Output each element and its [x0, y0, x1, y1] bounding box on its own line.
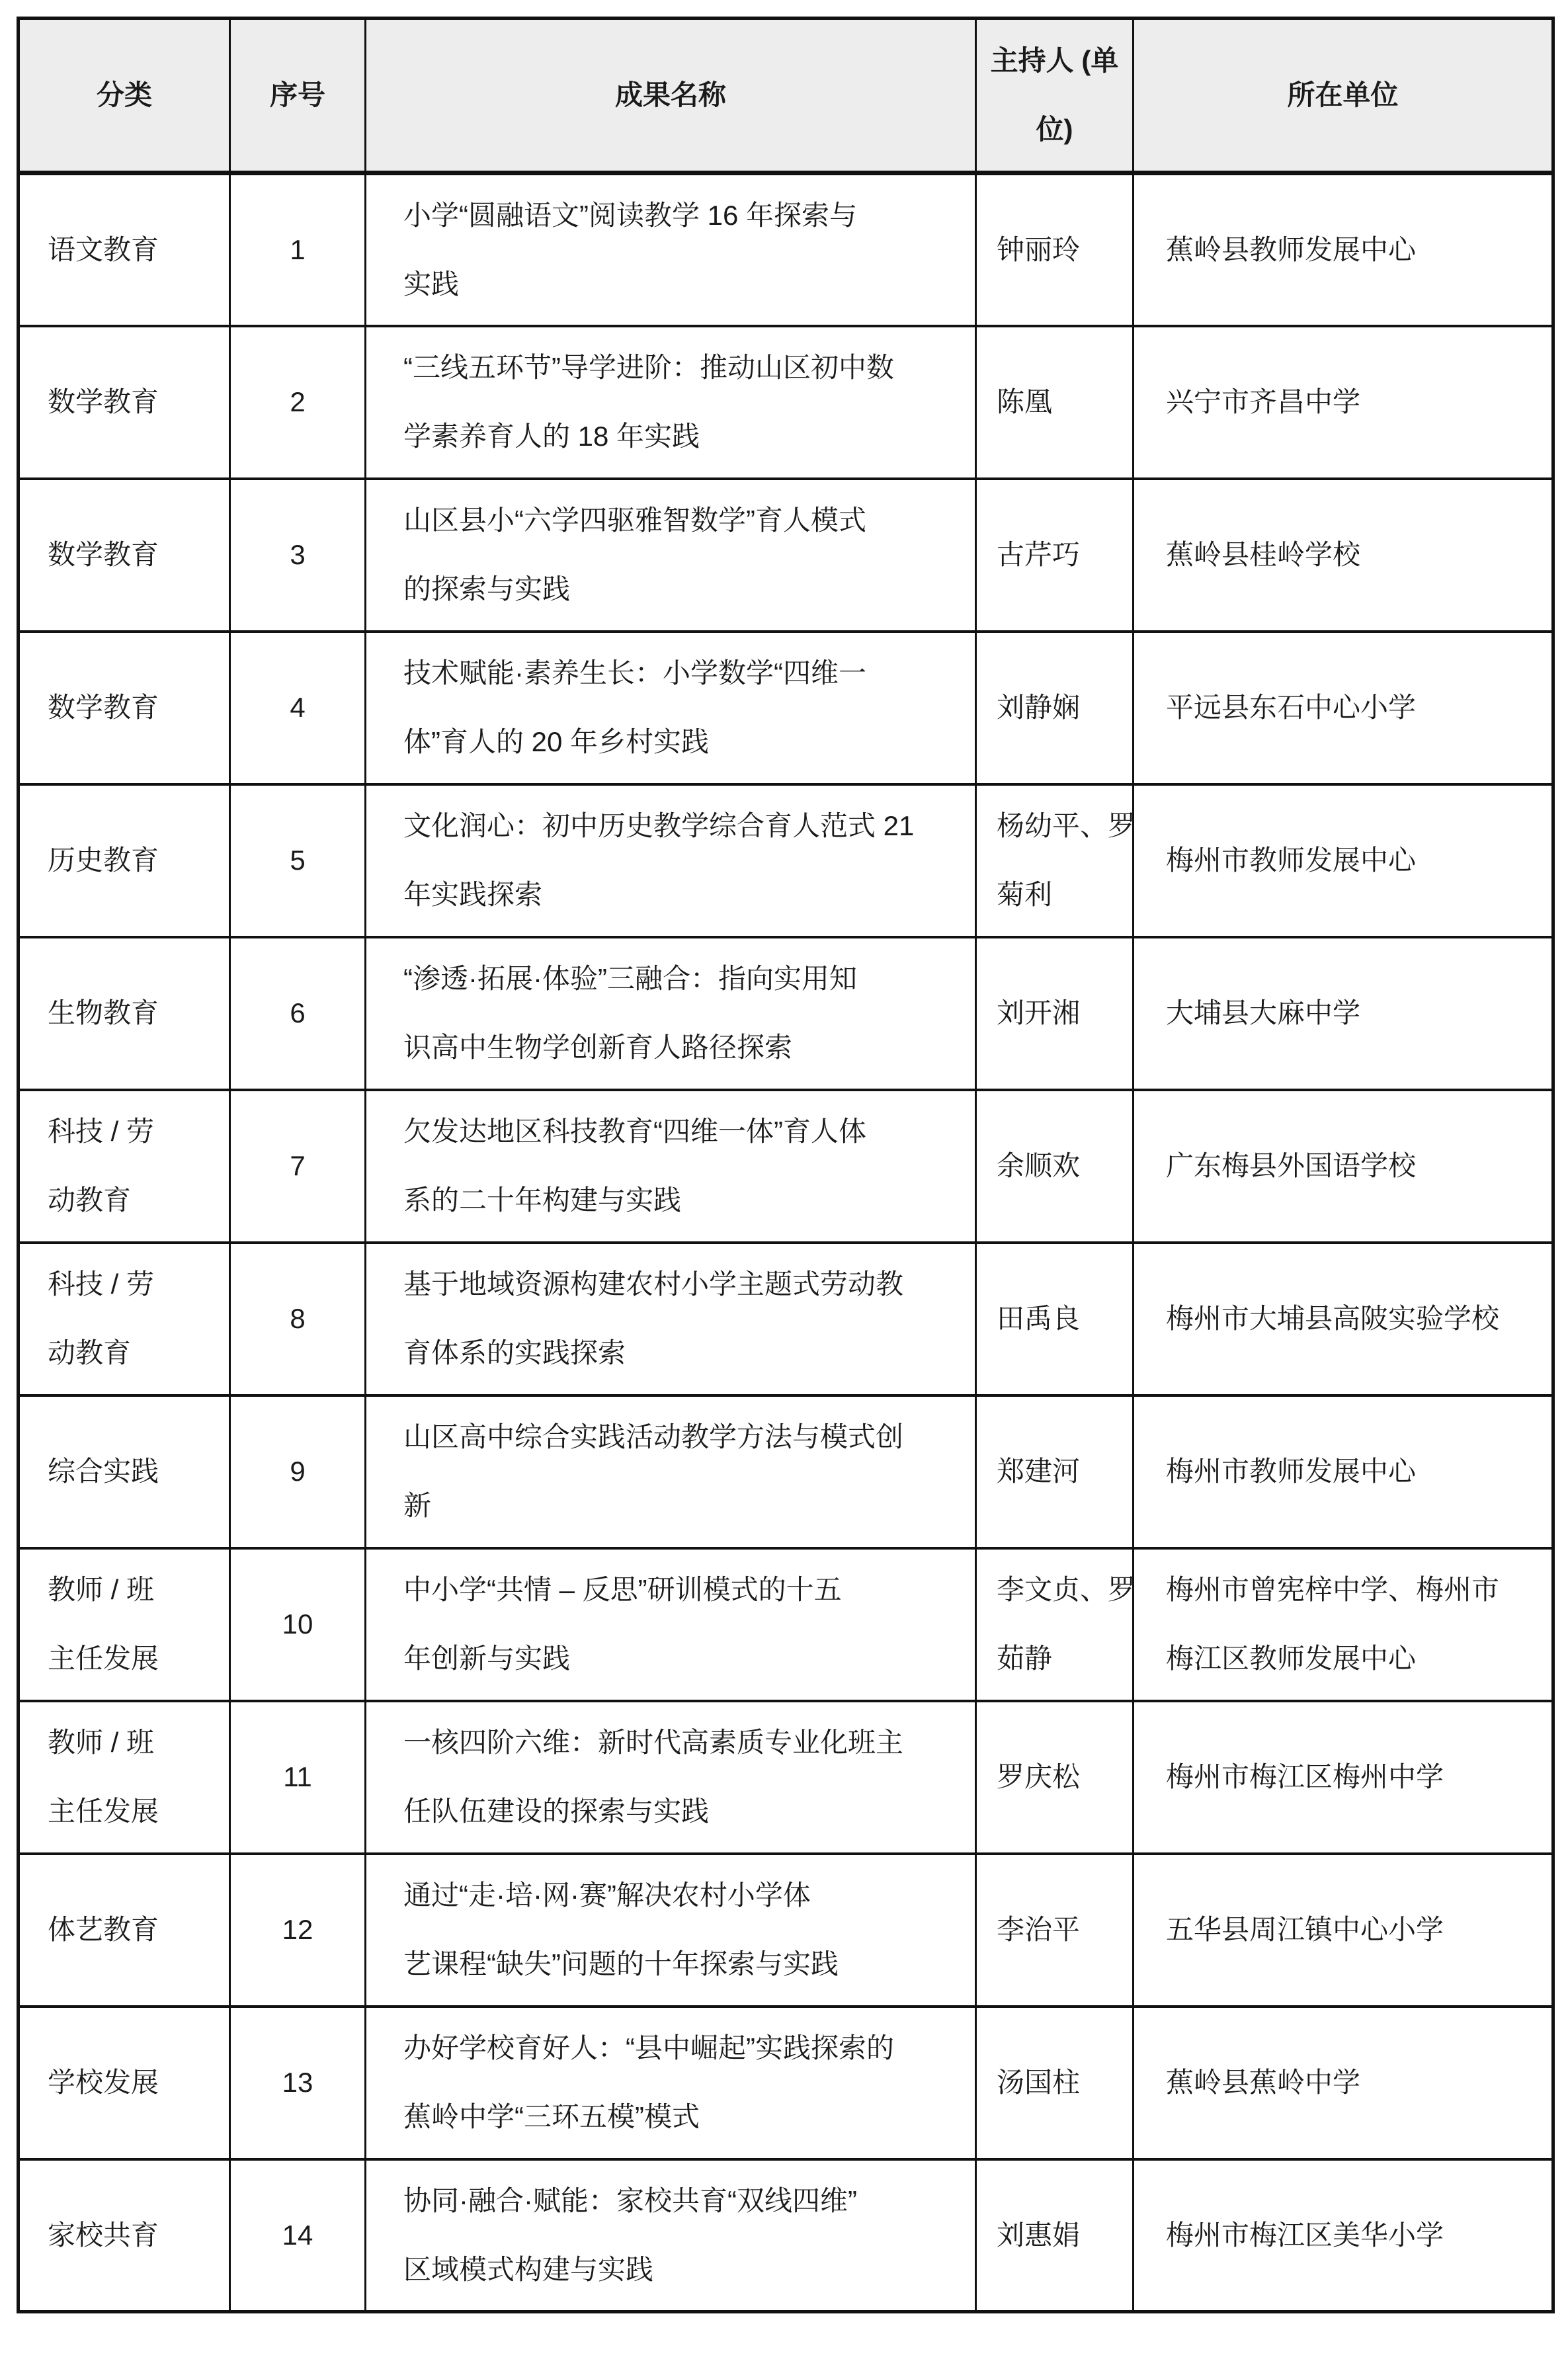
cell-host: 李治平 [976, 1854, 1134, 2007]
column-header-category: 分类 [19, 19, 230, 173]
document-page: 分类 序号 成果名称 主持人 (单 位) 所在单位 语文教育 1 小学“圆融语文… [0, 0, 1568, 2330]
table-row: 语文教育 1 小学“圆融语文”阅读教学 16 年探索与 实践 钟丽玲 蕉岭县教师… [19, 173, 1553, 326]
cell-org: 五华县周江镇中心小学 [1134, 1854, 1553, 2007]
cell-category: 科技 / 劳 动教育 [19, 1090, 230, 1243]
cell-category: 数学教育 [19, 632, 230, 784]
results-table: 分类 序号 成果名称 主持人 (单 位) 所在单位 语文教育 1 小学“圆融语文… [17, 17, 1555, 2313]
cell-host: 刘惠娟 [976, 2159, 1134, 2312]
cell-index: 12 [230, 1854, 366, 2007]
cell-name: “三线五环节”导学进阶：推动山区初中数 学素养育人的 18 年实践 [366, 326, 976, 479]
cell-host: 刘静娴 [976, 632, 1134, 784]
cell-index: 11 [230, 1701, 366, 1854]
cell-index: 4 [230, 632, 366, 784]
table-row: 数学教育 4 技术赋能·素养生长：小学数学“四维一 体”育人的 20 年乡村实践… [19, 632, 1553, 784]
table-row: 历史教育 5 文化润心：初中历史教学综合育人范式 21 年实践探索 杨幼平、罗 … [19, 784, 1553, 937]
cell-category: 科技 / 劳 动教育 [19, 1243, 230, 1395]
cell-name: 基于地域资源构建农村小学主题式劳动教 育体系的实践探索 [366, 1243, 976, 1395]
table-body: 语文教育 1 小学“圆融语文”阅读教学 16 年探索与 实践 钟丽玲 蕉岭县教师… [19, 173, 1553, 2312]
cell-org: 梅州市梅江区梅州中学 [1134, 1701, 1553, 1854]
cell-org: 平远县东石中心小学 [1134, 632, 1553, 784]
cell-name: 文化润心：初中历史教学综合育人范式 21 年实践探索 [366, 784, 976, 937]
cell-host: 田禹良 [976, 1243, 1134, 1395]
table-row: 体艺教育 12 通过“走·培·网·赛”解决农村小学体 艺课程“缺失”问题的十年探… [19, 1854, 1553, 2007]
cell-category: 体艺教育 [19, 1854, 230, 2007]
cell-org: 兴宁市齐昌中学 [1134, 326, 1553, 479]
table-row: 综合实践 9 山区高中综合实践活动教学方法与模式创 新 郑建河 梅州市教师发展中… [19, 1395, 1553, 1548]
cell-host: 杨幼平、罗 菊利 [976, 784, 1134, 937]
table-row: 教师 / 班 主任发展 11 一核四阶六维：新时代高素质专业化班主 任队伍建设的… [19, 1701, 1553, 1854]
cell-name: “渗透·拓展·体验”三融合：指向实用知 识高中生物学创新育人路径探索 [366, 937, 976, 1090]
cell-name: 技术赋能·素养生长：小学数学“四维一 体”育人的 20 年乡村实践 [366, 632, 976, 784]
cell-org: 蕉岭县教师发展中心 [1134, 173, 1553, 326]
table-row: 学校发展 13 办好学校育好人：“县中崛起”实践探索的 蕉岭中学“三环五模”模式… [19, 2007, 1553, 2159]
cell-name: 中小学“共情 – 反思”研训模式的十五 年创新与实践 [366, 1548, 976, 1701]
cell-index: 3 [230, 479, 366, 632]
cell-index: 14 [230, 2159, 366, 2312]
cell-index: 5 [230, 784, 366, 937]
column-header-name: 成果名称 [366, 19, 976, 173]
cell-host: 郑建河 [976, 1395, 1134, 1548]
cell-category: 数学教育 [19, 479, 230, 632]
cell-name: 山区县小“六学四驱雅智数学”育人模式 的探索与实践 [366, 479, 976, 632]
cell-host: 陈凰 [976, 326, 1134, 479]
cell-index: 10 [230, 1548, 366, 1701]
cell-org: 蕉岭县桂岭学校 [1134, 479, 1553, 632]
cell-org: 蕉岭县蕉岭中学 [1134, 2007, 1553, 2159]
cell-host: 余顺欢 [976, 1090, 1134, 1243]
cell-org: 梅州市教师发展中心 [1134, 1395, 1553, 1548]
table-row: 科技 / 劳 动教育 7 欠发达地区科技教育“四维一体”育人体 系的二十年构建与… [19, 1090, 1553, 1243]
cell-index: 13 [230, 2007, 366, 2159]
cell-host: 古芹巧 [976, 479, 1134, 632]
cell-host: 钟丽玲 [976, 173, 1134, 326]
cell-host: 刘开湘 [976, 937, 1134, 1090]
cell-org: 梅州市梅江区美华小学 [1134, 2159, 1553, 2312]
table-row: 科技 / 劳 动教育 8 基于地域资源构建农村小学主题式劳动教 育体系的实践探索… [19, 1243, 1553, 1395]
cell-index: 2 [230, 326, 366, 479]
cell-category: 教师 / 班 主任发展 [19, 1548, 230, 1701]
table-row: 数学教育 3 山区县小“六学四驱雅智数学”育人模式 的探索与实践 古芹巧 蕉岭县… [19, 479, 1553, 632]
cell-name: 小学“圆融语文”阅读教学 16 年探索与 实践 [366, 173, 976, 326]
cell-name: 山区高中综合实践活动教学方法与模式创 新 [366, 1395, 976, 1548]
cell-org: 梅州市曾宪梓中学、梅州市 梅江区教师发展中心 [1134, 1548, 1553, 1701]
table-header-row: 分类 序号 成果名称 主持人 (单 位) 所在单位 [19, 19, 1553, 173]
table-row: 教师 / 班 主任发展 10 中小学“共情 – 反思”研训模式的十五 年创新与实… [19, 1548, 1553, 1701]
cell-category: 综合实践 [19, 1395, 230, 1548]
table-row: 数学教育 2 “三线五环节”导学进阶：推动山区初中数 学素养育人的 18 年实践… [19, 326, 1553, 479]
cell-category: 数学教育 [19, 326, 230, 479]
cell-category: 家校共育 [19, 2159, 230, 2312]
cell-host: 李文贞、罗 茹静 [976, 1548, 1134, 1701]
cell-index: 9 [230, 1395, 366, 1548]
cell-name: 一核四阶六维：新时代高素质专业化班主 任队伍建设的探索与实践 [366, 1701, 976, 1854]
cell-index: 6 [230, 937, 366, 1090]
cell-host: 罗庆松 [976, 1701, 1134, 1854]
cell-host: 汤国柱 [976, 2007, 1134, 2159]
cell-org: 梅州市教师发展中心 [1134, 784, 1553, 937]
table-row: 生物教育 6 “渗透·拓展·体验”三融合：指向实用知 识高中生物学创新育人路径探… [19, 937, 1553, 1090]
table-row: 家校共育 14 协同·融合·赋能：家校共育“双线四维” 区域模式构建与实践 刘惠… [19, 2159, 1553, 2312]
cell-index: 1 [230, 173, 366, 326]
cell-index: 8 [230, 1243, 366, 1395]
cell-org: 大埔县大麻中学 [1134, 937, 1553, 1090]
cell-category: 生物教育 [19, 937, 230, 1090]
cell-name: 欠发达地区科技教育“四维一体”育人体 系的二十年构建与实践 [366, 1090, 976, 1243]
cell-category: 教师 / 班 主任发展 [19, 1701, 230, 1854]
cell-name: 办好学校育好人：“县中崛起”实践探索的 蕉岭中学“三环五模”模式 [366, 2007, 976, 2159]
cell-org: 广东梅县外国语学校 [1134, 1090, 1553, 1243]
cell-category: 历史教育 [19, 784, 230, 937]
cell-org: 梅州市大埔县高陂实验学校 [1134, 1243, 1553, 1395]
cell-index: 7 [230, 1090, 366, 1243]
column-header-host: 主持人 (单 位) [976, 19, 1134, 173]
cell-category: 语文教育 [19, 173, 230, 326]
cell-category: 学校发展 [19, 2007, 230, 2159]
column-header-org: 所在单位 [1134, 19, 1553, 173]
cell-name: 协同·融合·赋能：家校共育“双线四维” 区域模式构建与实践 [366, 2159, 976, 2312]
column-header-index: 序号 [230, 19, 366, 173]
cell-name: 通过“走·培·网·赛”解决农村小学体 艺课程“缺失”问题的十年探索与实践 [366, 1854, 976, 2007]
